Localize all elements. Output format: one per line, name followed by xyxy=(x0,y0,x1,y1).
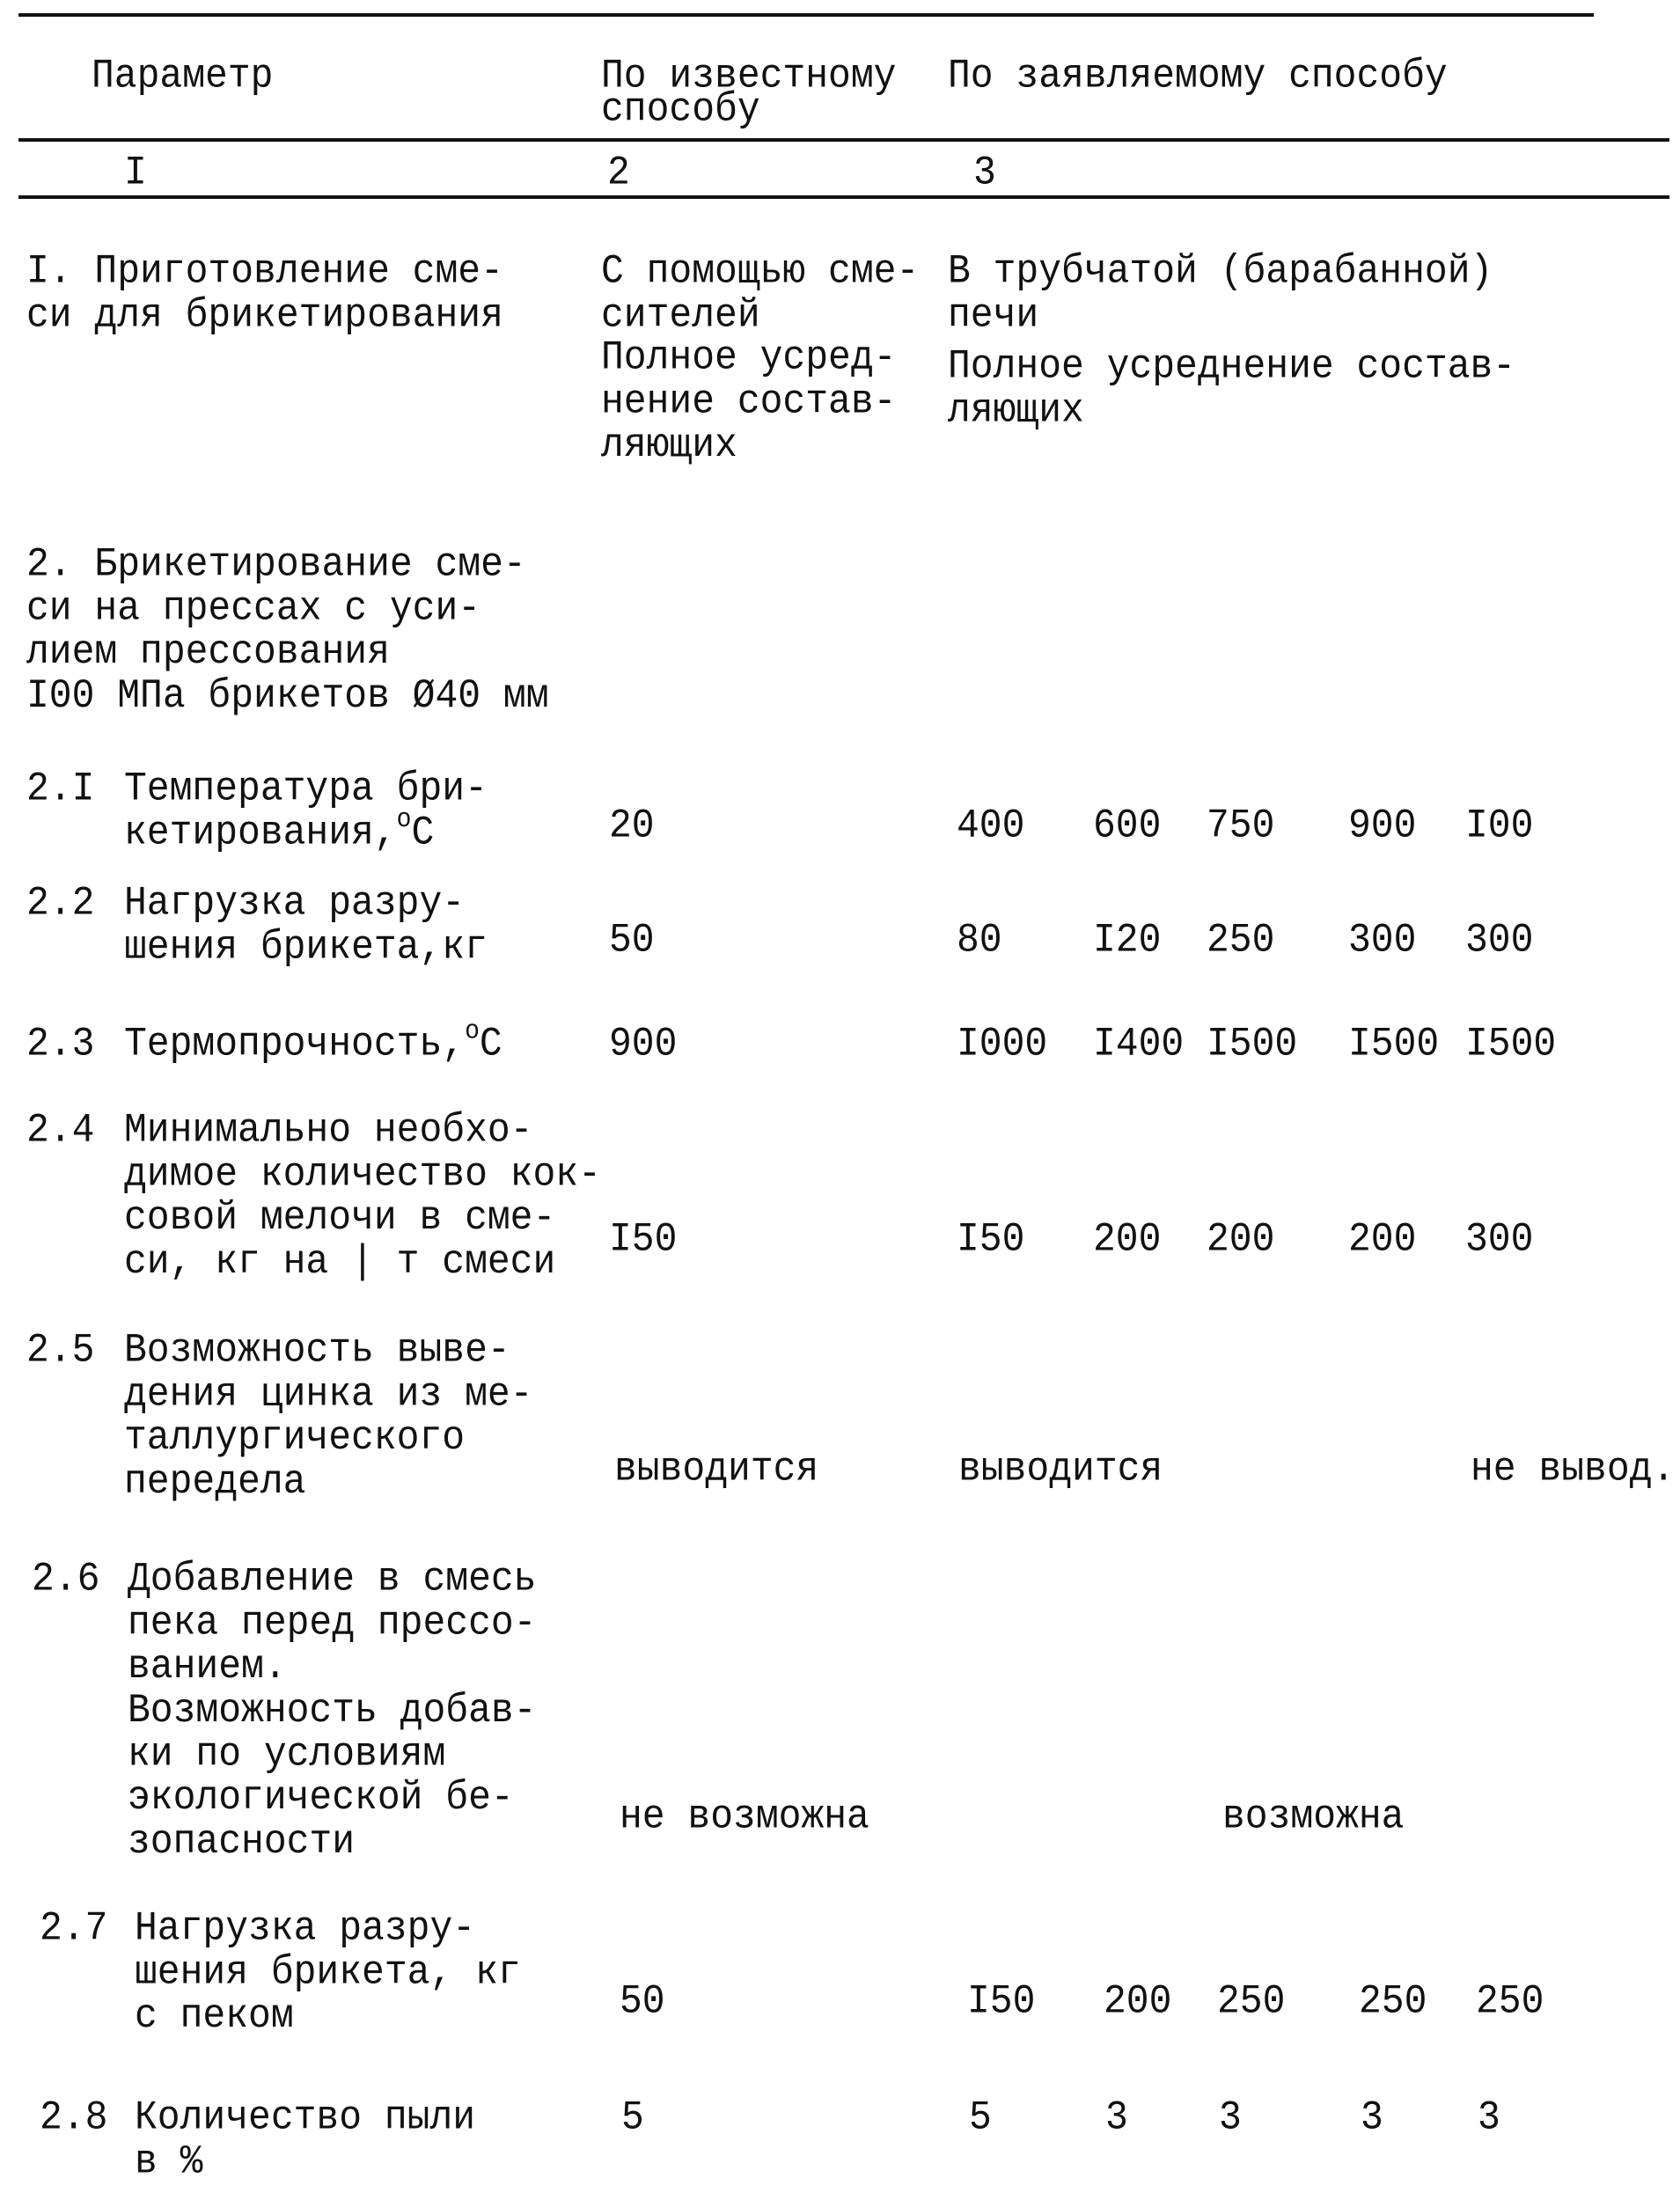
row1-label: I. Приготовление сме- си для брикетирова… xyxy=(26,250,503,337)
claimed-value: 5 xyxy=(969,2096,992,2140)
row25-claimed-last: не вывод. xyxy=(1471,1448,1675,1492)
row25-known: выводится xyxy=(614,1448,818,1492)
row22-known: 50 xyxy=(609,919,655,963)
row21-known: 20 xyxy=(609,804,655,848)
claimed-value: I400 xyxy=(1093,1023,1184,1067)
row1-known-a: С помощью сме- сителей xyxy=(601,250,919,337)
row28-known: 5 xyxy=(621,2096,644,2140)
document-page: Параметр По известному способу По заявля… xyxy=(0,0,1680,2200)
row21-label-line2: кетирования, xyxy=(124,810,397,856)
claimed-value: I50 xyxy=(967,1980,1035,2024)
row1-known-b: Полное усред- нение состав- ляющих xyxy=(601,336,896,467)
claimed-value: 3 xyxy=(1219,2096,1242,2140)
row24-label: Минимально необхо- димое количество кок-… xyxy=(124,1109,601,1284)
row28-num: 2.8 xyxy=(40,2096,107,2140)
row27-known: 50 xyxy=(620,1980,665,2024)
row24-known: I50 xyxy=(609,1218,677,1262)
claimed-value: I000 xyxy=(957,1023,1047,1067)
claimed-value: 750 xyxy=(1207,804,1274,848)
table-top-rule xyxy=(18,13,1594,17)
claimed-value: 3 xyxy=(1361,2096,1383,2140)
column-numbers-bottom-rule xyxy=(18,195,1669,199)
claimed-value: 300 xyxy=(1465,919,1533,963)
row26-num: 2.6 xyxy=(32,1558,99,1602)
degree-sign: o xyxy=(397,805,412,834)
column-number-1: I xyxy=(124,151,147,195)
row26-label: Добавление в смесь пека перед прессо- ва… xyxy=(128,1558,536,1864)
row23-num: 2.3 xyxy=(26,1023,94,1067)
claimed-value: I50 xyxy=(957,1218,1024,1262)
claimed-value: 250 xyxy=(1207,919,1274,963)
claimed-value: 300 xyxy=(1348,919,1416,963)
claimed-value: 600 xyxy=(1093,804,1161,848)
claimed-value: 250 xyxy=(1476,1980,1544,2024)
row25-num: 2.5 xyxy=(26,1329,94,1373)
claimed-value: 80 xyxy=(957,919,1002,963)
row22-num: 2.2 xyxy=(26,882,94,926)
row28-label: Количество пыли в % xyxy=(135,2096,475,2183)
header-known-method-line2: способу xyxy=(601,88,760,132)
row21-num: 2.I xyxy=(26,767,94,811)
header-parameter: Параметр xyxy=(92,55,273,99)
claimed-value: 200 xyxy=(1093,1218,1161,1262)
claimed-value: 250 xyxy=(1217,1980,1285,2024)
row27-label: Нагрузка разру- шения брикета, кг с пеко… xyxy=(135,1907,521,2038)
row23-label: Термопрочность,oC xyxy=(124,1023,503,1071)
claimed-value: 300 xyxy=(1465,1218,1533,1262)
row26-claimed: возможна xyxy=(1222,1795,1404,1839)
claimed-value: 200 xyxy=(1104,1980,1171,2024)
claimed-value: 3 xyxy=(1478,2096,1500,2140)
claimed-value: I500 xyxy=(1348,1023,1439,1067)
claimed-value: I00 xyxy=(1465,804,1533,848)
row23-label-text: Термопрочность, xyxy=(124,1021,465,1067)
row1-claimed-a: В трубчатой (барабанной) печи xyxy=(948,250,1493,337)
claimed-value: 200 xyxy=(1348,1218,1416,1262)
claimed-value: 900 xyxy=(1348,804,1416,848)
row25-claimed: выводится xyxy=(958,1448,1163,1492)
column-number-2: 2 xyxy=(607,151,630,195)
row23-unit: C xyxy=(480,1021,503,1067)
degree-sign: o xyxy=(465,1017,480,1046)
header-bottom-rule xyxy=(18,138,1669,142)
claimed-value: I500 xyxy=(1207,1023,1297,1067)
claimed-value: 3 xyxy=(1105,2096,1128,2140)
row22-label: Нагрузка разру- шения брикета,кг xyxy=(124,882,488,969)
row24-num: 2.4 xyxy=(26,1109,94,1153)
row25-label: Возможность выве- дения цинка из ме- тал… xyxy=(124,1329,532,1504)
row1-claimed-b: Полное усреднение состав- ляющих xyxy=(948,345,1515,432)
claimed-value: 200 xyxy=(1207,1218,1274,1262)
row2-label: 2. Брикетирование сме- си на прессах с у… xyxy=(26,543,549,718)
claimed-value: I20 xyxy=(1093,919,1161,963)
row21-label: Температура бри- кетирования,oC xyxy=(124,767,488,860)
claimed-value: 400 xyxy=(957,804,1024,848)
row26-known: не возможна xyxy=(620,1795,869,1839)
row21-label-line1: Температура бри- xyxy=(124,766,488,812)
header-claimed-method: По заявляемому способу xyxy=(948,55,1448,99)
claimed-value: 250 xyxy=(1359,1980,1427,2024)
claimed-value: I500 xyxy=(1465,1023,1556,1067)
row27-num: 2.7 xyxy=(40,1907,107,1951)
row23-known: 900 xyxy=(609,1023,677,1067)
column-number-3: 3 xyxy=(973,151,996,195)
row21-unit: C xyxy=(411,810,434,856)
